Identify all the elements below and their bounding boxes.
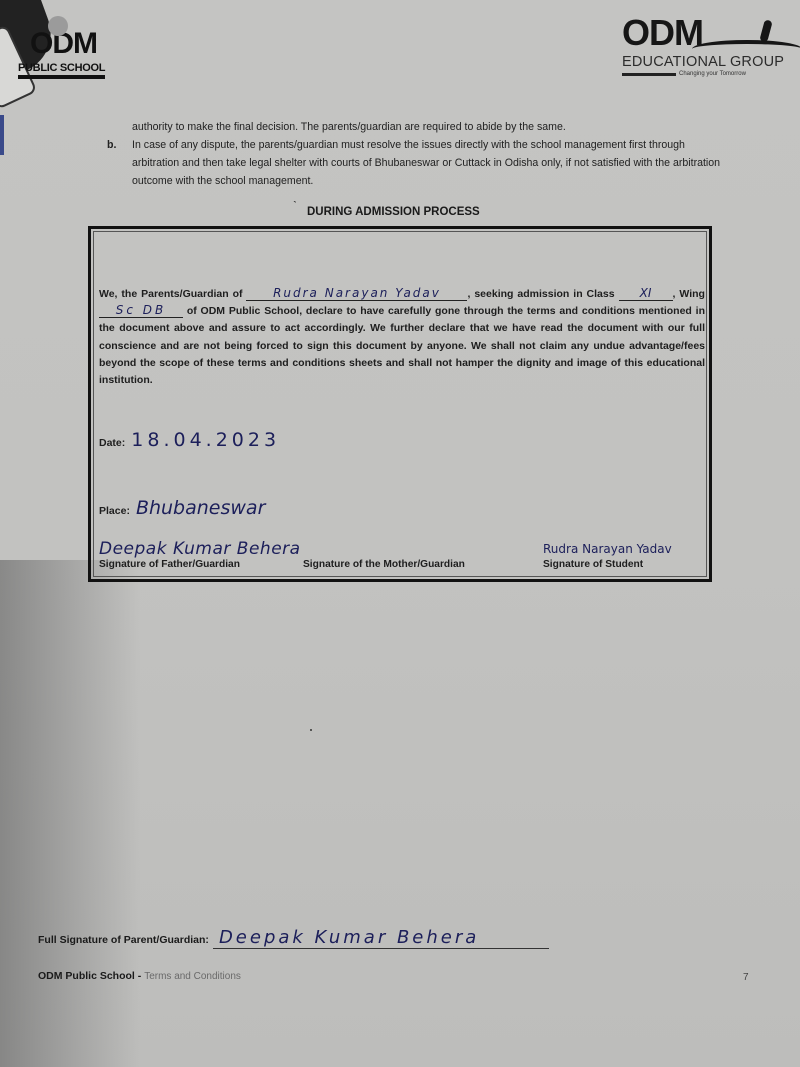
date-field[interactable]: 18.04.2023 bbox=[131, 429, 280, 451]
section-title-text: DURING ADMISSION PROCESS bbox=[307, 206, 480, 218]
page-edge-tab bbox=[0, 115, 4, 155]
declaration-text-3: Wing bbox=[679, 288, 705, 300]
mother-signature-block: Signature of the Mother/Guardian bbox=[303, 539, 465, 570]
place-row: Place: Bhubaneswar bbox=[99, 497, 265, 519]
student-signature[interactable]: Rudra Narayan Yadav bbox=[543, 539, 672, 559]
declaration-text-4: of ODM Public School, declare to have ca… bbox=[99, 305, 705, 386]
odm-educational-group-logo: ODM EDUCATIONAL GROUP Changing your Tomo… bbox=[622, 16, 792, 77]
father-signature-label: Signature of Father/Guardian bbox=[99, 559, 301, 570]
mother-signature[interactable] bbox=[303, 539, 465, 559]
page-number: 7 bbox=[743, 972, 749, 983]
footer-school: ODM Public School bbox=[38, 970, 135, 982]
father-signature-block: Deepak Kumar Behera Signature of Father/… bbox=[99, 539, 301, 570]
student-signature-label: Signature of Student bbox=[543, 559, 672, 570]
declaration-text-1: We, the Parents/Guardian of bbox=[99, 288, 243, 300]
full-signature-label: Full Signature of Parent/Guardian: bbox=[38, 934, 209, 946]
date-label: Date: bbox=[99, 437, 125, 449]
wing-field[interactable]: Sc DB bbox=[99, 303, 183, 318]
clause-a-continuation: authority to make the final decision. Th… bbox=[132, 118, 566, 136]
logo-underline bbox=[622, 73, 676, 76]
mascot-icon bbox=[48, 16, 68, 36]
full-signature-row: Full Signature of Parent/Guardian: Deepa… bbox=[38, 928, 549, 949]
pen-mark: ˋ bbox=[293, 200, 297, 212]
declaration-text-2: , seeking admission in Class bbox=[467, 288, 614, 300]
section-heading: ˋ DURING ADMISSION PROCESS bbox=[307, 206, 480, 218]
footer-separator: - bbox=[135, 970, 144, 982]
date-row: Date: 18.04.2023 bbox=[99, 429, 280, 451]
student-name-field[interactable]: Rudra Narayan Yadav bbox=[246, 286, 467, 301]
page-shadow bbox=[0, 560, 140, 1067]
logo-left-subtitle: PUBLIC SCHOOL bbox=[18, 62, 105, 79]
clause-b-text: In case of any dispute, the parents/guar… bbox=[132, 136, 727, 190]
declaration-paragraph: We, the Parents/Guardian of Rudra Naraya… bbox=[99, 286, 705, 389]
full-signature-field[interactable]: Deepak Kumar Behera bbox=[213, 928, 549, 949]
page-footer: ODM Public School - Terms and Conditions bbox=[38, 970, 241, 982]
student-signature-block: Rudra Narayan Yadav Signature of Student bbox=[543, 539, 672, 570]
odm-public-school-logo: ODM PUBLIC SCHOOL bbox=[18, 30, 108, 79]
clause-b: b. In case of any dispute, the parents/g… bbox=[107, 136, 727, 190]
footer-subtitle: Terms and Conditions bbox=[144, 971, 241, 982]
surf-wave-icon bbox=[692, 40, 800, 58]
declaration-box: We, the Parents/Guardian of Rudra Naraya… bbox=[88, 226, 712, 582]
place-label: Place: bbox=[99, 505, 130, 517]
father-signature[interactable]: Deepak Kumar Behera bbox=[99, 539, 301, 559]
paper-speck bbox=[310, 729, 312, 731]
box-inner-border bbox=[93, 231, 707, 577]
clause-b-marker: b. bbox=[107, 136, 116, 154]
class-field[interactable]: XI bbox=[619, 286, 673, 301]
mother-signature-label: Signature of the Mother/Guardian bbox=[303, 559, 465, 570]
logo-tagline: Changing your Tomorrow bbox=[679, 71, 746, 77]
place-field[interactable]: Bhubaneswar bbox=[136, 497, 265, 519]
